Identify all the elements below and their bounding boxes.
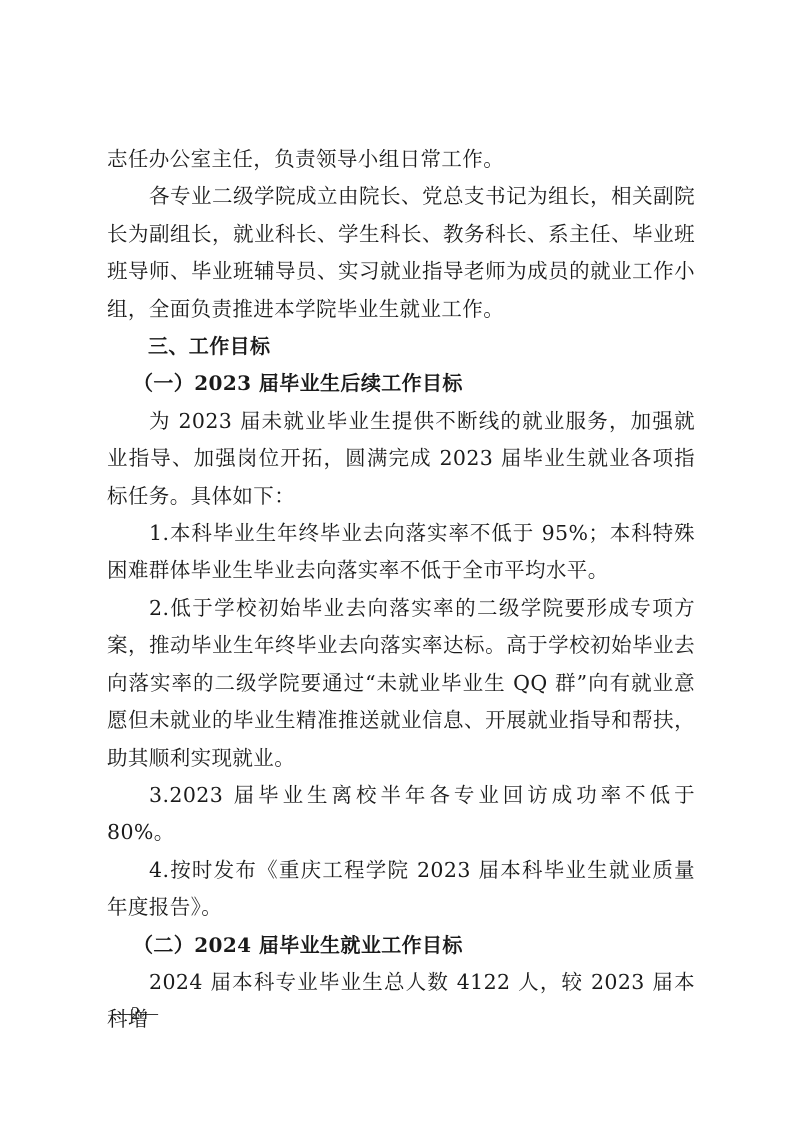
page-number: —2— — [113, 1003, 158, 1024]
paragraph-office-director: 志任办公室主任，负责领导小组日常工作。 — [107, 141, 695, 178]
subheading-2024-goals: （二）2024 届毕业生就业工作目标 — [107, 927, 695, 964]
paragraph-goal-3: 3.2023 届毕业生离校半年各专业回访成功率不低于 80%。 — [107, 777, 695, 852]
paragraph-goal-4: 4.按时发布《重庆工程学院 2023 届本科毕业生就业质量年度报告》。 — [107, 852, 695, 927]
document-page: 志任办公室主任，负责领导小组日常工作。 各专业二级学院成立由院长、党总支书记为组… — [107, 141, 695, 1039]
section-heading-work-goals: 三、工作目标 — [107, 328, 695, 365]
paragraph-goal-1: 1.本科毕业生年终毕业去向落实率不低于 95%；本科特殊困难群体毕业生毕业去向落… — [107, 515, 695, 590]
paragraph-2024-graduates: 2024 届本科专业毕业生总人数 4122 人，较 2023 届本科增 — [107, 964, 695, 1039]
paragraph-college-working-group: 各专业二级学院成立由院长、党总支书记为组长，相关副院长为副组长，就业科长、学生科… — [107, 178, 695, 328]
paragraph-2023-services: 为 2023 届未就业毕业生提供不断线的就业服务，加强就业指导、加强岗位开拓，圆… — [107, 403, 695, 515]
paragraph-goal-2: 2.低于学校初始毕业去向落实率的二级学院要形成专项方案，推动毕业生年终毕业去向落… — [107, 590, 695, 777]
subheading-2023-goals: （一）2023 届毕业生后续工作目标 — [107, 365, 695, 402]
